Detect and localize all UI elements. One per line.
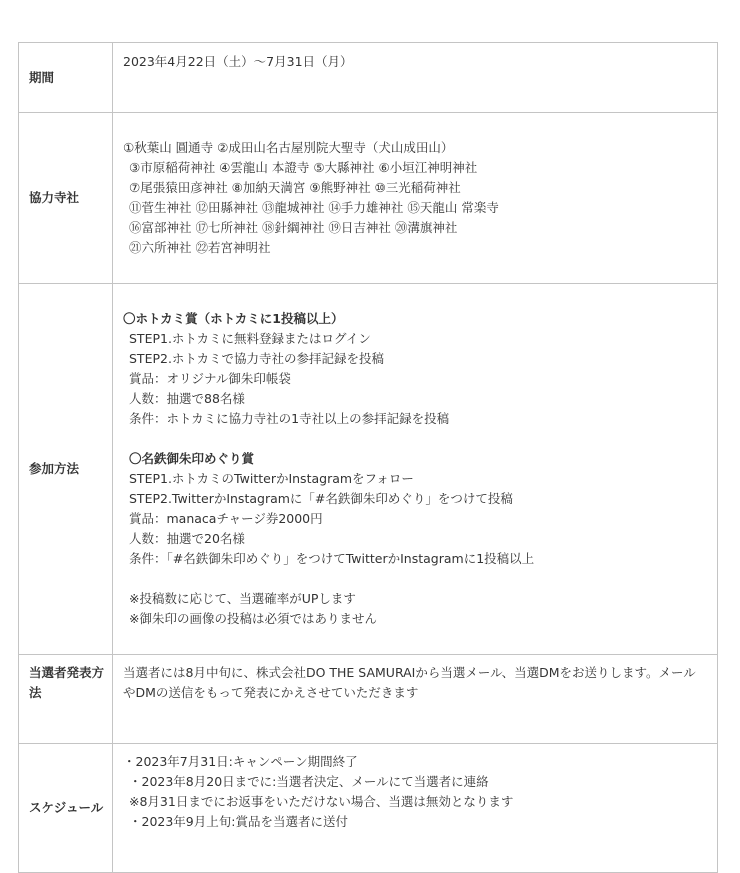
campaign-info-table: 期間 2023年4月22日（土）～7月31日（月） 協力寺社 ①秋葉山 圓通寺 … [18,42,718,873]
hotokami-prize-heading: 〇ホトカミ賞（ホトカミに1投稿以上） [123,309,707,329]
announcement-text: 当選者には8月中旬に、株式会社DO THE SAMURAIから当選メール、当選D… [123,665,696,700]
meitetsu-step1: STEP1.ホトカミのTwitterかInstagramをフォロー [123,469,707,489]
meitetsu-condition: 条件：「#名鉄御朱印めぐり」をつけてTwitterかInstagramに1投稿以… [123,549,707,569]
row-period: 期間 2023年4月22日（土）～7月31日（月） [19,43,718,113]
schedule-note: ※8月31日までにお返事をいただけない場合、当選は無効となります [123,792,707,812]
spacer [123,569,707,589]
meitetsu-prize: 賞品：manacaチャージ券2000円 [123,509,707,529]
meitetsu-count: 人数：抽選で20名様 [123,529,707,549]
row-method: 参加方法 〇ホトカミ賞（ホトカミに1投稿以上） STEP1.ホトカミに無料登録ま… [19,284,718,655]
temple-line: ③市原稲荷神社 ④雲龍山 本證寺 ⑤大縣神社 ⑥小垣江神明神社 [123,158,707,178]
temple-line: ⑪菅生神社 ⑫田縣神社 ⑬龍城神社 ⑭手力雄神社 ⑮天龍山 常楽寺 [123,198,707,218]
period-text: 2023年4月22日（土）～7月31日（月） [123,52,707,72]
method-note: ※御朱印の画像の投稿は必須ではありません [123,609,707,629]
announcement-label: 当選者発表方法 [19,655,113,744]
method-label: 参加方法 [19,284,113,655]
meitetsu-step2: STEP2.TwitterかInstagramに「#名鉄御朱印めぐり」をつけて投… [123,489,707,509]
schedule-item: ・2023年8月20日までに:当選者決定、メールにて当選者に連絡 [123,772,707,792]
row-schedule: スケジュール ・2023年7月31日:キャンペーン期間終了 ・2023年8月20… [19,744,718,873]
temple-line: ⑯富部神社 ⑰七所神社 ⑱針綱神社 ⑲日吉神社 ⑳溝旗神社 [123,218,707,238]
schedule-value: ・2023年7月31日:キャンペーン期間終了 ・2023年8月20日までに:当選… [113,744,718,873]
hotokami-step1: STEP1.ホトカミに無料登録またはログイン [123,329,707,349]
temple-line: ㉑六所神社 ㉒若宮神明社 [123,238,707,258]
row-announcement: 当選者発表方法 当選者には8月中旬に、株式会社DO THE SAMURAIから当… [19,655,718,744]
schedule-item: ・2023年9月上旬:賞品を当選者に送付 [123,812,707,832]
hotokami-count: 人数：抽選で88名様 [123,389,707,409]
hotokami-condition: 条件：ホトカミに協力寺社の1寺社以上の参拝記録を投稿 [123,409,707,429]
temple-line: ①秋葉山 圓通寺 ②成田山名古屋別院大聖寺（犬山成田山） [123,138,707,158]
temple-line: ⑦尾張猿田彦神社 ⑧加納天満宮 ⑨熊野神社 ⑩三光稲荷神社 [123,178,707,198]
hotokami-step2: STEP2.ホトカミで協力寺社の参拝記録を投稿 [123,349,707,369]
schedule-label: スケジュール [19,744,113,873]
method-value: 〇ホトカミ賞（ホトカミに1投稿以上） STEP1.ホトカミに無料登録またはログイ… [113,284,718,655]
temples-value: ①秋葉山 圓通寺 ②成田山名古屋別院大聖寺（犬山成田山） ③市原稲荷神社 ④雲龍… [113,113,718,284]
spacer [123,429,707,449]
period-value: 2023年4月22日（土）～7月31日（月） [113,43,718,113]
method-note: ※投稿数に応じて、当選確率がUPします [123,589,707,609]
meitetsu-prize-heading: 〇名鉄御朱印めぐり賞 [123,449,707,469]
hotokami-prize: 賞品：オリジナル御朱印帳袋 [123,369,707,389]
period-label: 期間 [19,43,113,113]
announcement-value: 当選者には8月中旬に、株式会社DO THE SAMURAIから当選メール、当選D… [113,655,718,744]
temples-label: 協力寺社 [19,113,113,284]
schedule-item: ・2023年7月31日:キャンペーン期間終了 [123,752,707,772]
row-temples: 協力寺社 ①秋葉山 圓通寺 ②成田山名古屋別院大聖寺（犬山成田山） ③市原稲荷神… [19,113,718,284]
